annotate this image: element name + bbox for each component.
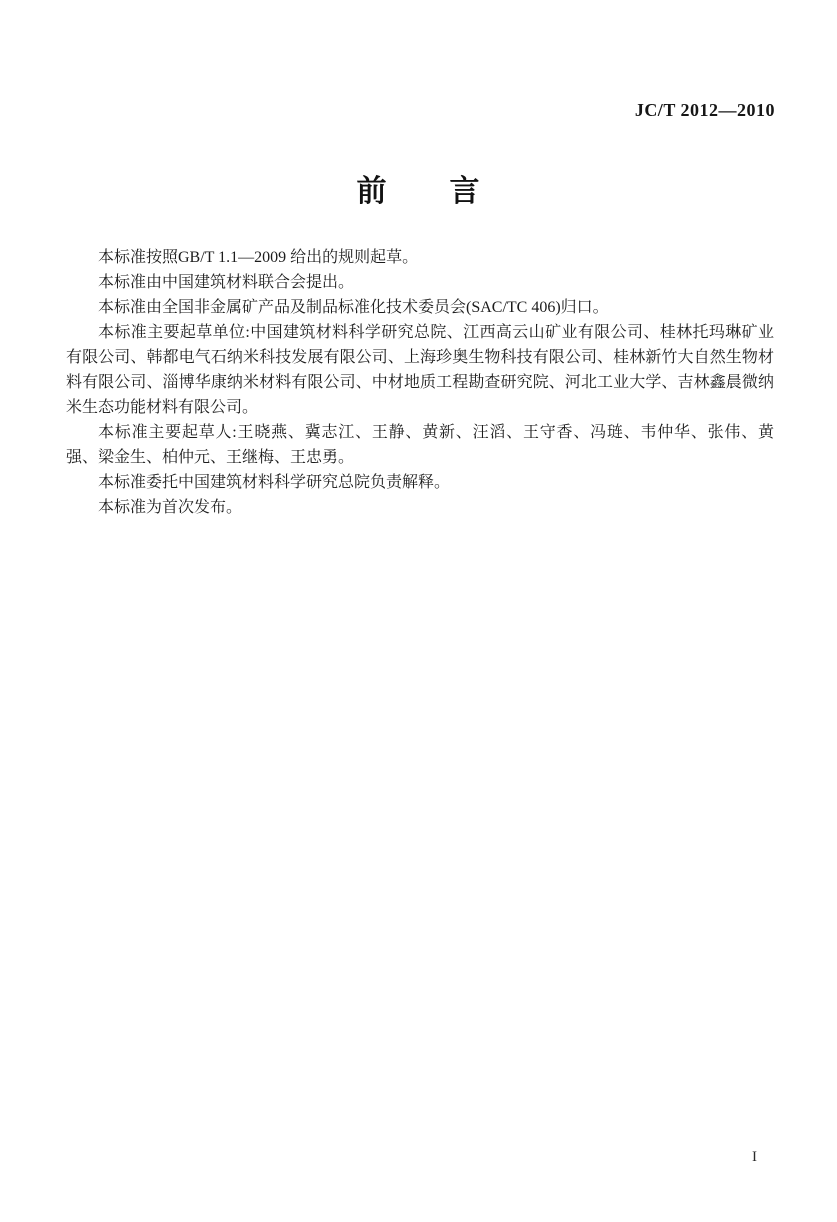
page-number: I <box>752 1149 757 1166</box>
paragraph-drafters: 本标准主要起草人:王晓燕、冀志江、王静、黄新、汪滔、王守香、冯琏、韦仲华、张伟、… <box>66 420 774 470</box>
paragraph-interpretation: 本标准委托中国建筑材料科学研究总院负责解释。 <box>66 470 774 495</box>
standard-number: JC/T 2012—2010 <box>635 100 775 121</box>
paragraph-first-issue: 本标准为首次发布。 <box>66 495 774 520</box>
document-page: JC/T 2012—2010 前 言 本标准按照GB/T 1.1—2009 给出… <box>0 0 837 1222</box>
paragraph-drafting-units: 本标准主要起草单位:中国建筑材料科学研究总院、江西高云山矿业有限公司、桂林托玛琳… <box>66 320 774 420</box>
paragraph-proposed-by: 本标准由中国建筑材料联合会提出。 <box>66 270 774 295</box>
paragraph-centralized-by: 本标准由全国非金属矿产品及制品标准化技术委员会(SAC/TC 406)归口。 <box>66 295 774 320</box>
paragraph-drafting-rules: 本标准按照GB/T 1.1—2009 给出的规则起草。 <box>66 245 774 270</box>
foreword-body: 本标准按照GB/T 1.1—2009 给出的规则起草。 本标准由中国建筑材料联合… <box>66 245 774 520</box>
foreword-title: 前 言 <box>0 166 837 210</box>
